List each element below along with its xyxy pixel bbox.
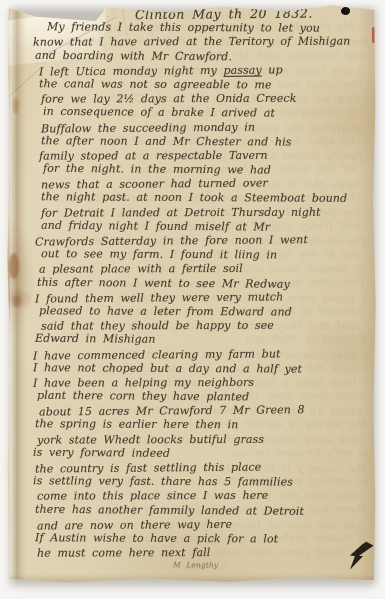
letter-line: pleased to have a leter from Edward and [39, 304, 368, 320]
letter-line: a plesant place with a fertile soil [39, 262, 368, 277]
brown-stain [13, 295, 21, 307]
letter-line: the spring is earlier here then in [35, 418, 368, 434]
letter-signature: M Lengthy [173, 560, 368, 574]
letter-line: for Detrait I landed at Detroit Thursday… [41, 205, 368, 220]
letter-line: know that I have arived at the Teritory … [33, 35, 368, 50]
letter-photo: Clinton May th 20 1832.My friends I take… [0, 0, 385, 599]
letter-line: I have not choped but a day and a half y… [33, 361, 368, 377]
brown-stain [9, 253, 19, 279]
letter-line: the after noon I and Mr Chester and his [41, 134, 368, 150]
letter-text: Clinton May th 20 1832.My friends I take… [33, 7, 368, 581]
letter-line: the night past. at noon I took a Steembo… [41, 191, 368, 207]
letter-line: come into this place since I was here [37, 489, 368, 504]
torn-left-edge [10, 3, 26, 583]
brown-stain [13, 98, 19, 114]
letter-paper: Clinton May th 20 1832.My friends I take… [7, 3, 376, 583]
letter-line: the canal was not so agreeable to me [39, 77, 368, 93]
letter-line: york state Whedt loocks butiful grass [37, 432, 368, 447]
ink-blot-bottom-right [348, 540, 374, 573]
